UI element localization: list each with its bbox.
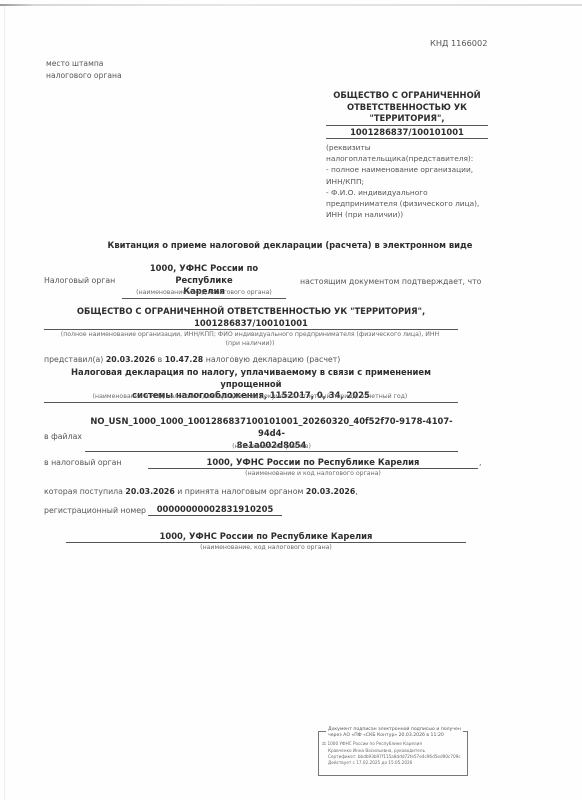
tax-authority-line: 1000, УФНС России по Республике — [122, 263, 286, 286]
submitted-time: 10.47.28 — [165, 355, 203, 364]
received-date: 20.03.2026 — [125, 487, 174, 496]
caption-line: налогоплательщика(представителя): — [326, 153, 488, 164]
scan-left-edge — [4, 6, 5, 800]
received-prefix: которая поступила — [44, 487, 123, 496]
stamp-seal-icon: ⚖ — [322, 742, 326, 747]
reg-number-value: 00000000002831910205 — [148, 503, 282, 516]
stamp-header-line: через АО «ПФ «СКБ Контур» 20.03.2026 в 1… — [328, 733, 461, 739]
declaration-line: Налоговая декларация по налогу, уплачива… — [44, 367, 458, 390]
accepted-text: и принята налоговым органом — [177, 487, 303, 496]
taxpayer-name-line: ОТВЕТСТВЕННОСТЬЮ УК — [326, 102, 488, 114]
stamp-frame-top-left — [318, 731, 326, 732]
to-authority-label: в налоговый орган — [44, 458, 122, 467]
stamp-authority: ⚖ 1000 УФНС России по Республике Карелия — [322, 741, 461, 748]
taxpayer-block: ОБЩЕСТВО С ОГРАНИЧЕННОЙ ОТВЕТСТВЕННОСТЬЮ… — [326, 90, 488, 220]
files-caption: (наименование файлов) — [85, 443, 458, 452]
received-line: которая поступила 20.03.2026 и принята н… — [44, 487, 358, 496]
tax-authority-caption: (наименование и код налогового органа) — [122, 289, 286, 298]
caption-line: предпринимателя (физического лица), — [326, 198, 488, 209]
accepted-date: 20.03.2026 — [306, 487, 355, 496]
organization-line: ОБЩЕСТВО С ОГРАНИЧЕННОЙ ОТВЕТСТВЕННОСТЬЮ… — [44, 305, 458, 317]
document-page: КНД 1166002 место штампа налогового орга… — [0, 0, 582, 800]
receipt-title: Квитанция о приеме налоговой декларации … — [30, 240, 550, 250]
taxpayer-name: ОБЩЕСТВО С ОГРАНИЧЕННОЙ ОТВЕТСТВЕННОСТЬЮ… — [326, 90, 488, 139]
caption-line: - Ф.И.О. индивидуального — [326, 187, 488, 198]
caption-line: ИНН (при наличии)) — [326, 209, 488, 220]
footer-authority-caption: (наименование, код налогового органа) — [66, 544, 466, 553]
stamp-place-label: место штампа налогового органа — [46, 58, 122, 81]
organization-inn-kpp: 1001286837/100101001 — [44, 317, 458, 330]
organization-name: ОБЩЕСТВО С ОГРАНИЧЕННОЙ ОТВЕТСТВЕННОСТЬЮ… — [44, 305, 458, 330]
taxpayer-name-line: ОБЩЕСТВО С ОГРАНИЧЕННОЙ — [326, 90, 488, 102]
caption-line: - полное наименование организации, — [326, 164, 488, 175]
caption-line: (реквизиты — [326, 142, 488, 153]
to-authority-caption: (наименование и код налогового органа) — [148, 470, 478, 479]
signature-stamp-body: ⚖ 1000 УФНС России по Республике Карелия… — [322, 741, 461, 766]
signature-stamp-header: Документ подписан электронной подписью и… — [326, 727, 463, 739]
caption-line: (полное наименование организации, ИНН/КП… — [30, 331, 470, 340]
files-label: в файлах — [44, 432, 82, 441]
stamp-place-line: место штампа — [46, 58, 122, 70]
submitted-suffix: налоговую декларацию (расчет) — [206, 355, 341, 364]
taxpayer-caption: (реквизиты налогоплательщика(представите… — [326, 142, 488, 220]
reg-number-label: регистрационный номер — [44, 506, 146, 515]
submitted-line: представил(а) 20.03.2026 в 10.47.28 нало… — [44, 355, 340, 364]
declaration-caption: (наименование и КНД налоговой декларации… — [30, 393, 470, 402]
received-comma: , — [355, 487, 357, 496]
confirms-text: настоящим документом подтверждает, что — [300, 277, 481, 286]
stamp-authority-text: 1000 УФНС России по Республике Карелия — [327, 741, 421, 746]
file-name-line: NO_USN_1000_1000_1001286837100101001_202… — [85, 415, 458, 439]
tax-authority-label: Налоговый орган — [44, 276, 115, 285]
submitted-prefix: представил(а) — [44, 355, 103, 364]
caption-line: ИНН/КПП; — [326, 176, 488, 187]
stamp-validity: Действует с 17.02.2025 до 15.05.2026 — [322, 760, 461, 766]
organization-caption: (полное наименование организации, ИНН/КП… — [30, 331, 470, 348]
scan-top-edge — [0, 4, 582, 6]
to-authority-value: 1000, УФНС России по Республике Карелия — [148, 456, 478, 469]
knd-code: КНД 1166002 — [430, 38, 487, 48]
caption-line: (при наличии)) — [30, 340, 470, 349]
taxpayer-inn-kpp: 1001286837/100101001 — [326, 126, 488, 140]
taxpayer-name-line: "ТЕРРИТОРИЯ", — [326, 113, 488, 126]
submitted-in: в — [158, 355, 163, 364]
footer-authority: 1000, УФНС России по Республике Карелия — [66, 530, 466, 543]
submitted-date: 20.03.2026 — [106, 355, 155, 364]
to-authority-comma: , — [479, 458, 481, 467]
stamp-place-line: налогового органа — [46, 70, 122, 82]
